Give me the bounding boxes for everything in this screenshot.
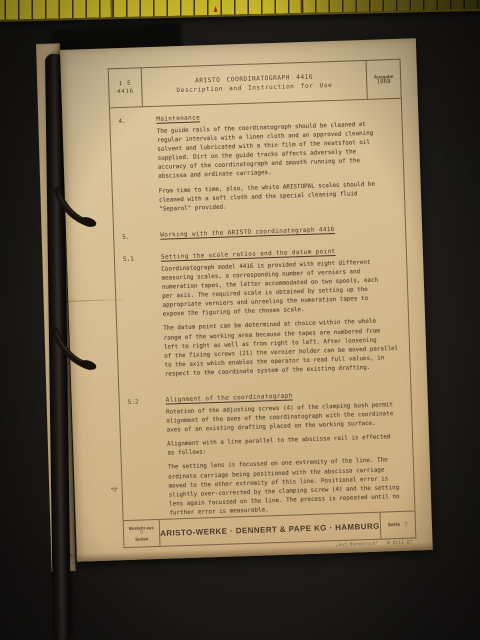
section-5: 5. Working with the ARISTO coordinatogra… — [122, 224, 401, 245]
edition-value: 1068 — [377, 79, 391, 85]
margin-note: 4 — [110, 486, 120, 492]
consists-cell: Besteht aus 9 Seiten — [124, 520, 161, 547]
folding-ruler — [0, 0, 480, 22]
section-number: 5.2 — [128, 397, 170, 520]
doc-code-line2: 4416 — [117, 88, 134, 97]
paragraph: Alignment with a line parallel to the ab… — [167, 433, 408, 459]
paragraph: Rotation of the adjusting screws (4) of … — [166, 401, 408, 436]
doc-title-cell: ARISTO COORDINATOGRAPH 4416 Description … — [142, 61, 367, 106]
ruler-joint — [110, 0, 114, 17]
page-number-cell: Seite 7 — [379, 512, 415, 539]
photo-scene: D PG 52 1 E 4416 ARISTO COORDINATOGRAPH … — [0, 0, 480, 640]
doc-code-cell: 1 E 4416 — [109, 68, 143, 107]
section-5-2: 5.2 Alignment of the coordinatograph Rot… — [128, 389, 411, 520]
paragraph: The datum point can be determined at cho… — [163, 317, 406, 380]
section-5-1: 5.1 Setting the scale ratios and the dat… — [123, 246, 406, 391]
section-number: 4. — [118, 116, 160, 226]
edition-cell: Ausgabe 1068 — [366, 60, 401, 99]
paragraph: Coordinatograph model 4416 is provided w… — [161, 258, 404, 321]
paragraph: The setting lens is focussed on one extr… — [168, 456, 411, 519]
form-body: 4. Maintenance The guide rails of the co… — [110, 99, 414, 520]
section-4: 4. Maintenance The guide rails of the co… — [118, 108, 400, 226]
ruler-shading — [0, 0, 480, 20]
paragraph: The guide rails of the coordinatograph s… — [157, 120, 400, 183]
form-frame: 1 E 4416 ARISTO COORDINATOGRAPH 4416 Des… — [108, 59, 417, 548]
imprint-right: W 9111 87 — [387, 540, 413, 546]
consists-label-bottom: Seiten — [135, 536, 148, 542]
imprint-left: „Gut-Normdruck“ — [336, 541, 378, 547]
section-heading: Working with the ARISTO coordinatograph … — [160, 224, 401, 239]
page-number: 7 — [404, 521, 408, 529]
ruler-joint — [300, 0, 304, 13]
paragraph: From time to time, also, the white ARIST… — [159, 179, 401, 214]
section-number: 5. — [122, 232, 160, 245]
document-page: 1 E 4416 ARISTO COORDINATOGRAPH 4416 Des… — [60, 38, 433, 562]
page-label: Seite — [388, 522, 401, 528]
section-number: 5.1 — [123, 254, 165, 391]
